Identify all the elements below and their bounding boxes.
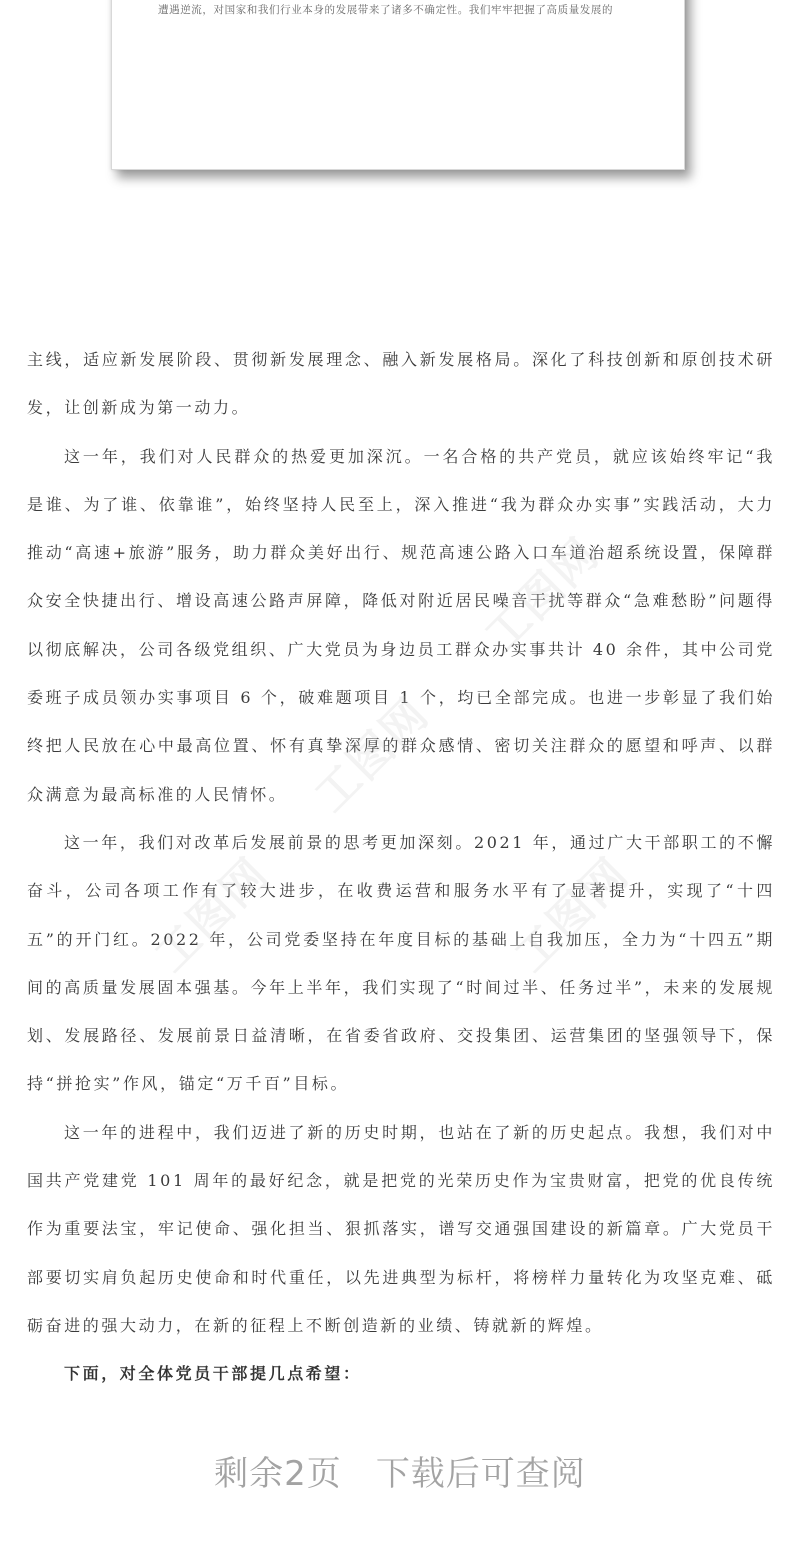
pages-left-label: 剩余2页 <box>214 1454 342 1494</box>
paragraph-1: 主线，适应新发展阶段、贯彻新发展理念、融入新发展格局。深化了科技创新和原创技术研… <box>27 336 775 433</box>
remaining-pages-banner[interactable]: 剩余2页下载后可查阅 <box>0 1446 800 1495</box>
previous-page-preview: 着，标志着我国进入了一个新发展阶段。在这一年，世界百年变局叠加世纪疫情，经济全球… <box>111 0 685 170</box>
preview-text-line: 遭遇逆流，对国家和我们行业本身的发展带来了诸多不确定性。我们牢牢把握了高质量发展… <box>158 2 613 17</box>
paragraph-heading-hopes: 下面，对全体党员干部提几点希望： <box>27 1350 775 1398</box>
paragraph-4: 这一年的进程中，我们迈进了新的历史时期，也站在了新的历史起点。我想，我们对中国共… <box>27 1109 775 1350</box>
paragraph-3: 这一年，我们对改革后发展前景的思考更加深刻。2021 年，通过广大干部职工的不懈… <box>27 819 775 1109</box>
download-hint-label: 下载后可查阅 <box>376 1454 586 1494</box>
paragraph-2: 这一年，我们对人民群众的热爱更加深沉。一名合格的共产党员，就应该始终牢记“我是谁… <box>27 433 775 819</box>
document-body: 主线，适应新发展阶段、贯彻新发展理念、融入新发展格局。深化了科技创新和原创技术研… <box>27 336 775 1399</box>
